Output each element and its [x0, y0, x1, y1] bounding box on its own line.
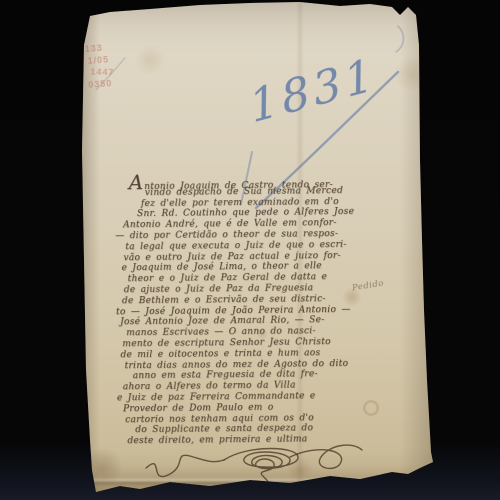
document-paper: 133 1/05 1447 0350 1831 Antonio Joaquim …	[0, 0, 500, 500]
manuscript-text: Antonio Joaquim de Castro, tendo ser- vi…	[115, 175, 362, 447]
archival-stamp: 133 1/05 1447 0350	[84, 41, 115, 91]
photo-backdrop: 133 1/05 1447 0350 1831 Antonio Joaquim …	[0, 0, 500, 500]
stamp-line: 0350	[88, 77, 116, 91]
stamp-line: 1447	[90, 65, 114, 78]
